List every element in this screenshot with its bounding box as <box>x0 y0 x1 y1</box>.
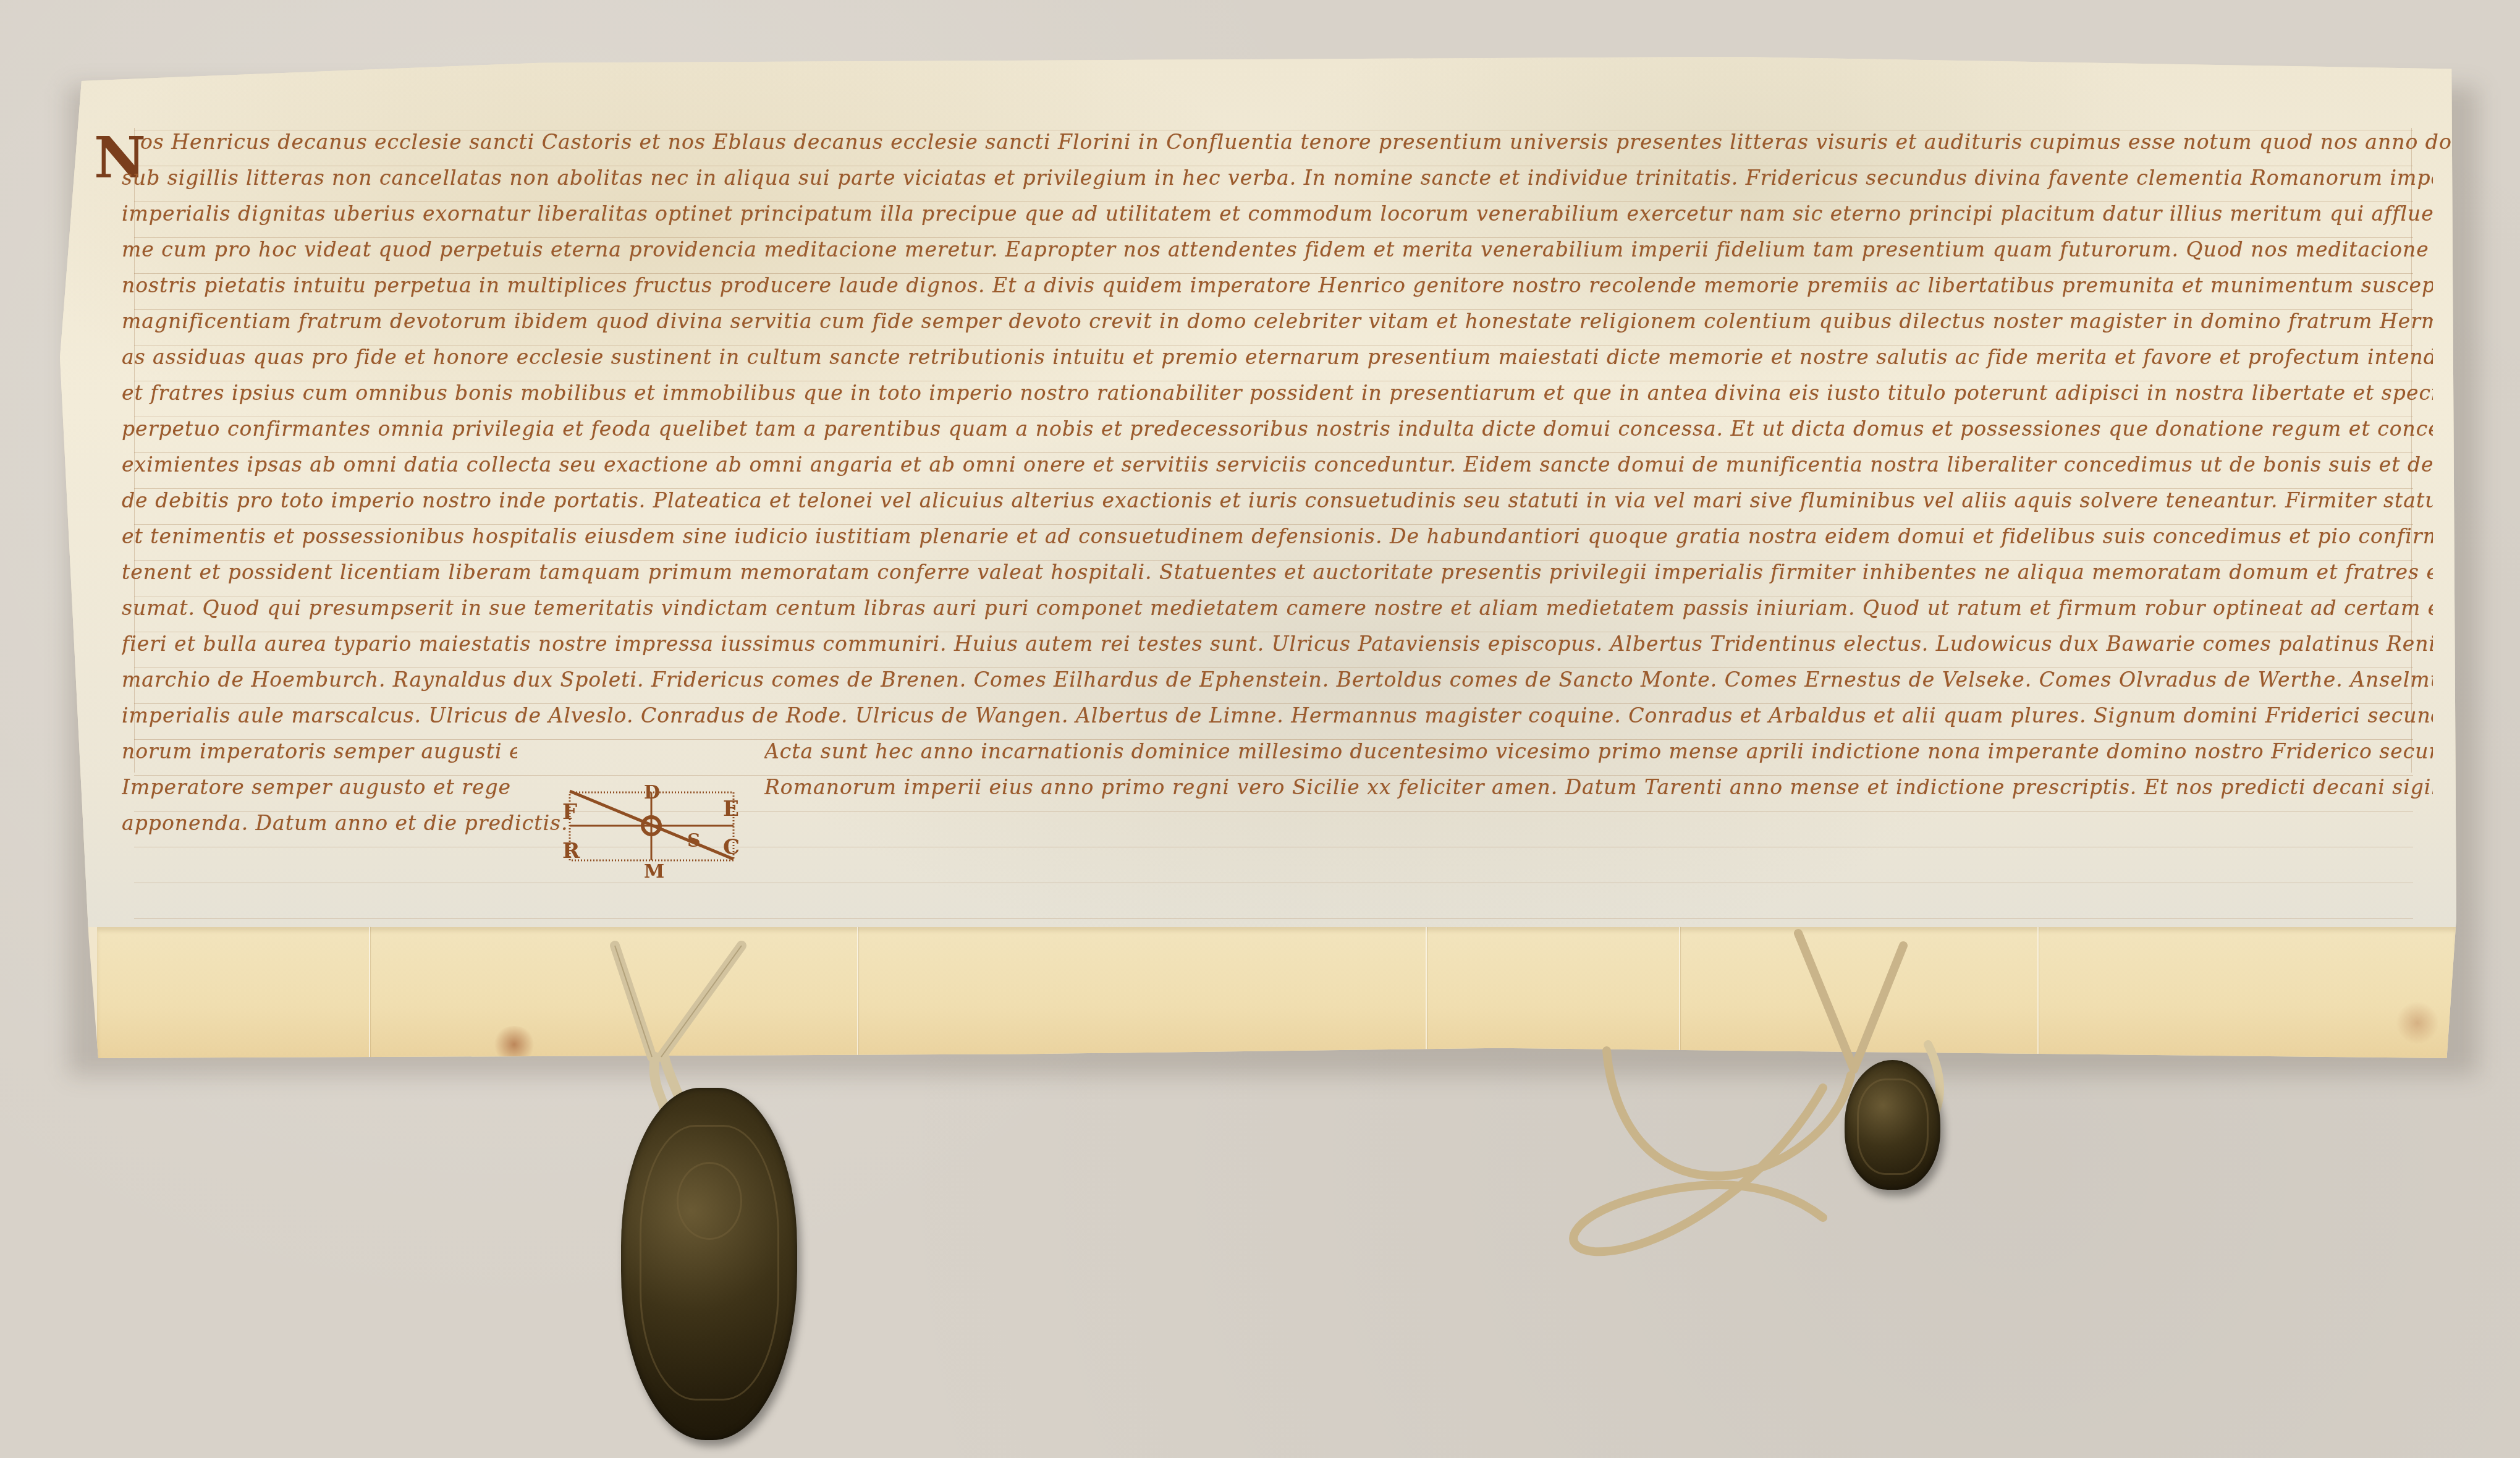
text-line: me cum pro hoc videat quod perpetuis ete… <box>122 237 2433 273</box>
right-wax-seal <box>1845 1060 1940 1190</box>
text-line: sub sigillis litteras non cancellatas no… <box>122 166 2433 201</box>
text-line: Romanorum imperii eius anno primo regni … <box>764 775 2433 811</box>
text-line: magnificentiam fratrum devotorum ibidem … <box>122 309 2433 345</box>
fold-crease <box>857 927 858 1058</box>
text-line: imperialis aule marscalcus. Ulricus de A… <box>122 703 2433 739</box>
svg-text:F: F <box>562 800 577 824</box>
svg-text:D: D <box>644 785 660 803</box>
seal-relief <box>1857 1079 1929 1175</box>
svg-text:M: M <box>644 861 664 883</box>
text-line: eximientes ipsas ab omni datia collecta … <box>122 452 2433 488</box>
charter-parchment: N os Henricus decanus ecclesie sancti Ca… <box>60 57 2456 1058</box>
text-line: marchio de Hoemburch. Raynaldus dux Spol… <box>122 668 2433 703</box>
imperial-monogram: F R D M E C S <box>557 785 743 884</box>
text-line: Acta sunt hec anno incarnationis dominic… <box>764 739 2433 775</box>
svg-text:E: E <box>723 797 739 821</box>
text-line: et fratres ipsius cum omnibus bonis mobi… <box>122 381 2433 417</box>
plica-fold <box>97 927 2456 1058</box>
fold-crease <box>2037 927 2039 1058</box>
left-wax-seal <box>621 1088 797 1440</box>
text-line: os Henricus decanus ecclesie sancti Cast… <box>140 130 2451 166</box>
text-line: sumat. Quod qui presumpserit in sue teme… <box>122 596 2433 632</box>
charter-text-area: N os Henricus decanus ecclesie sancti Ca… <box>60 57 2456 927</box>
text-line: norum imperatoris semper augusti et regi… <box>122 739 517 775</box>
text-line: de debitis pro toto imperio nostro inde … <box>122 488 2433 524</box>
ruling-line <box>134 847 2413 847</box>
text-line: fieri et bulla aurea typario maiestatis … <box>122 632 2433 668</box>
svg-text:S: S <box>687 830 701 852</box>
svg-text:R: R <box>562 839 580 863</box>
svg-text:C: C <box>723 835 740 860</box>
text-line: et tenimentis et possessionibus hospital… <box>122 524 2433 560</box>
seal-figure <box>677 1162 742 1240</box>
rust-stain <box>2396 1001 2439 1045</box>
ruling-line <box>134 918 2413 919</box>
text-line: nostris pietatis intuitu perpetua in mul… <box>122 273 2433 309</box>
text-line: Imperatore semper augusto et rege Sicili… <box>122 775 517 811</box>
text-line: imperialis dignitas uberius exornatur li… <box>122 201 2433 237</box>
fold-crease <box>1426 927 1427 1058</box>
fold-crease <box>369 927 370 1058</box>
text-line: perpetuo confirmantes omnia privilegia e… <box>122 417 2433 452</box>
text-line: as assiduas quas pro fide et honore eccl… <box>122 345 2433 381</box>
ruling-line <box>134 883 2413 883</box>
text-line: tenent et possident licentiam liberam ta… <box>122 560 2433 596</box>
